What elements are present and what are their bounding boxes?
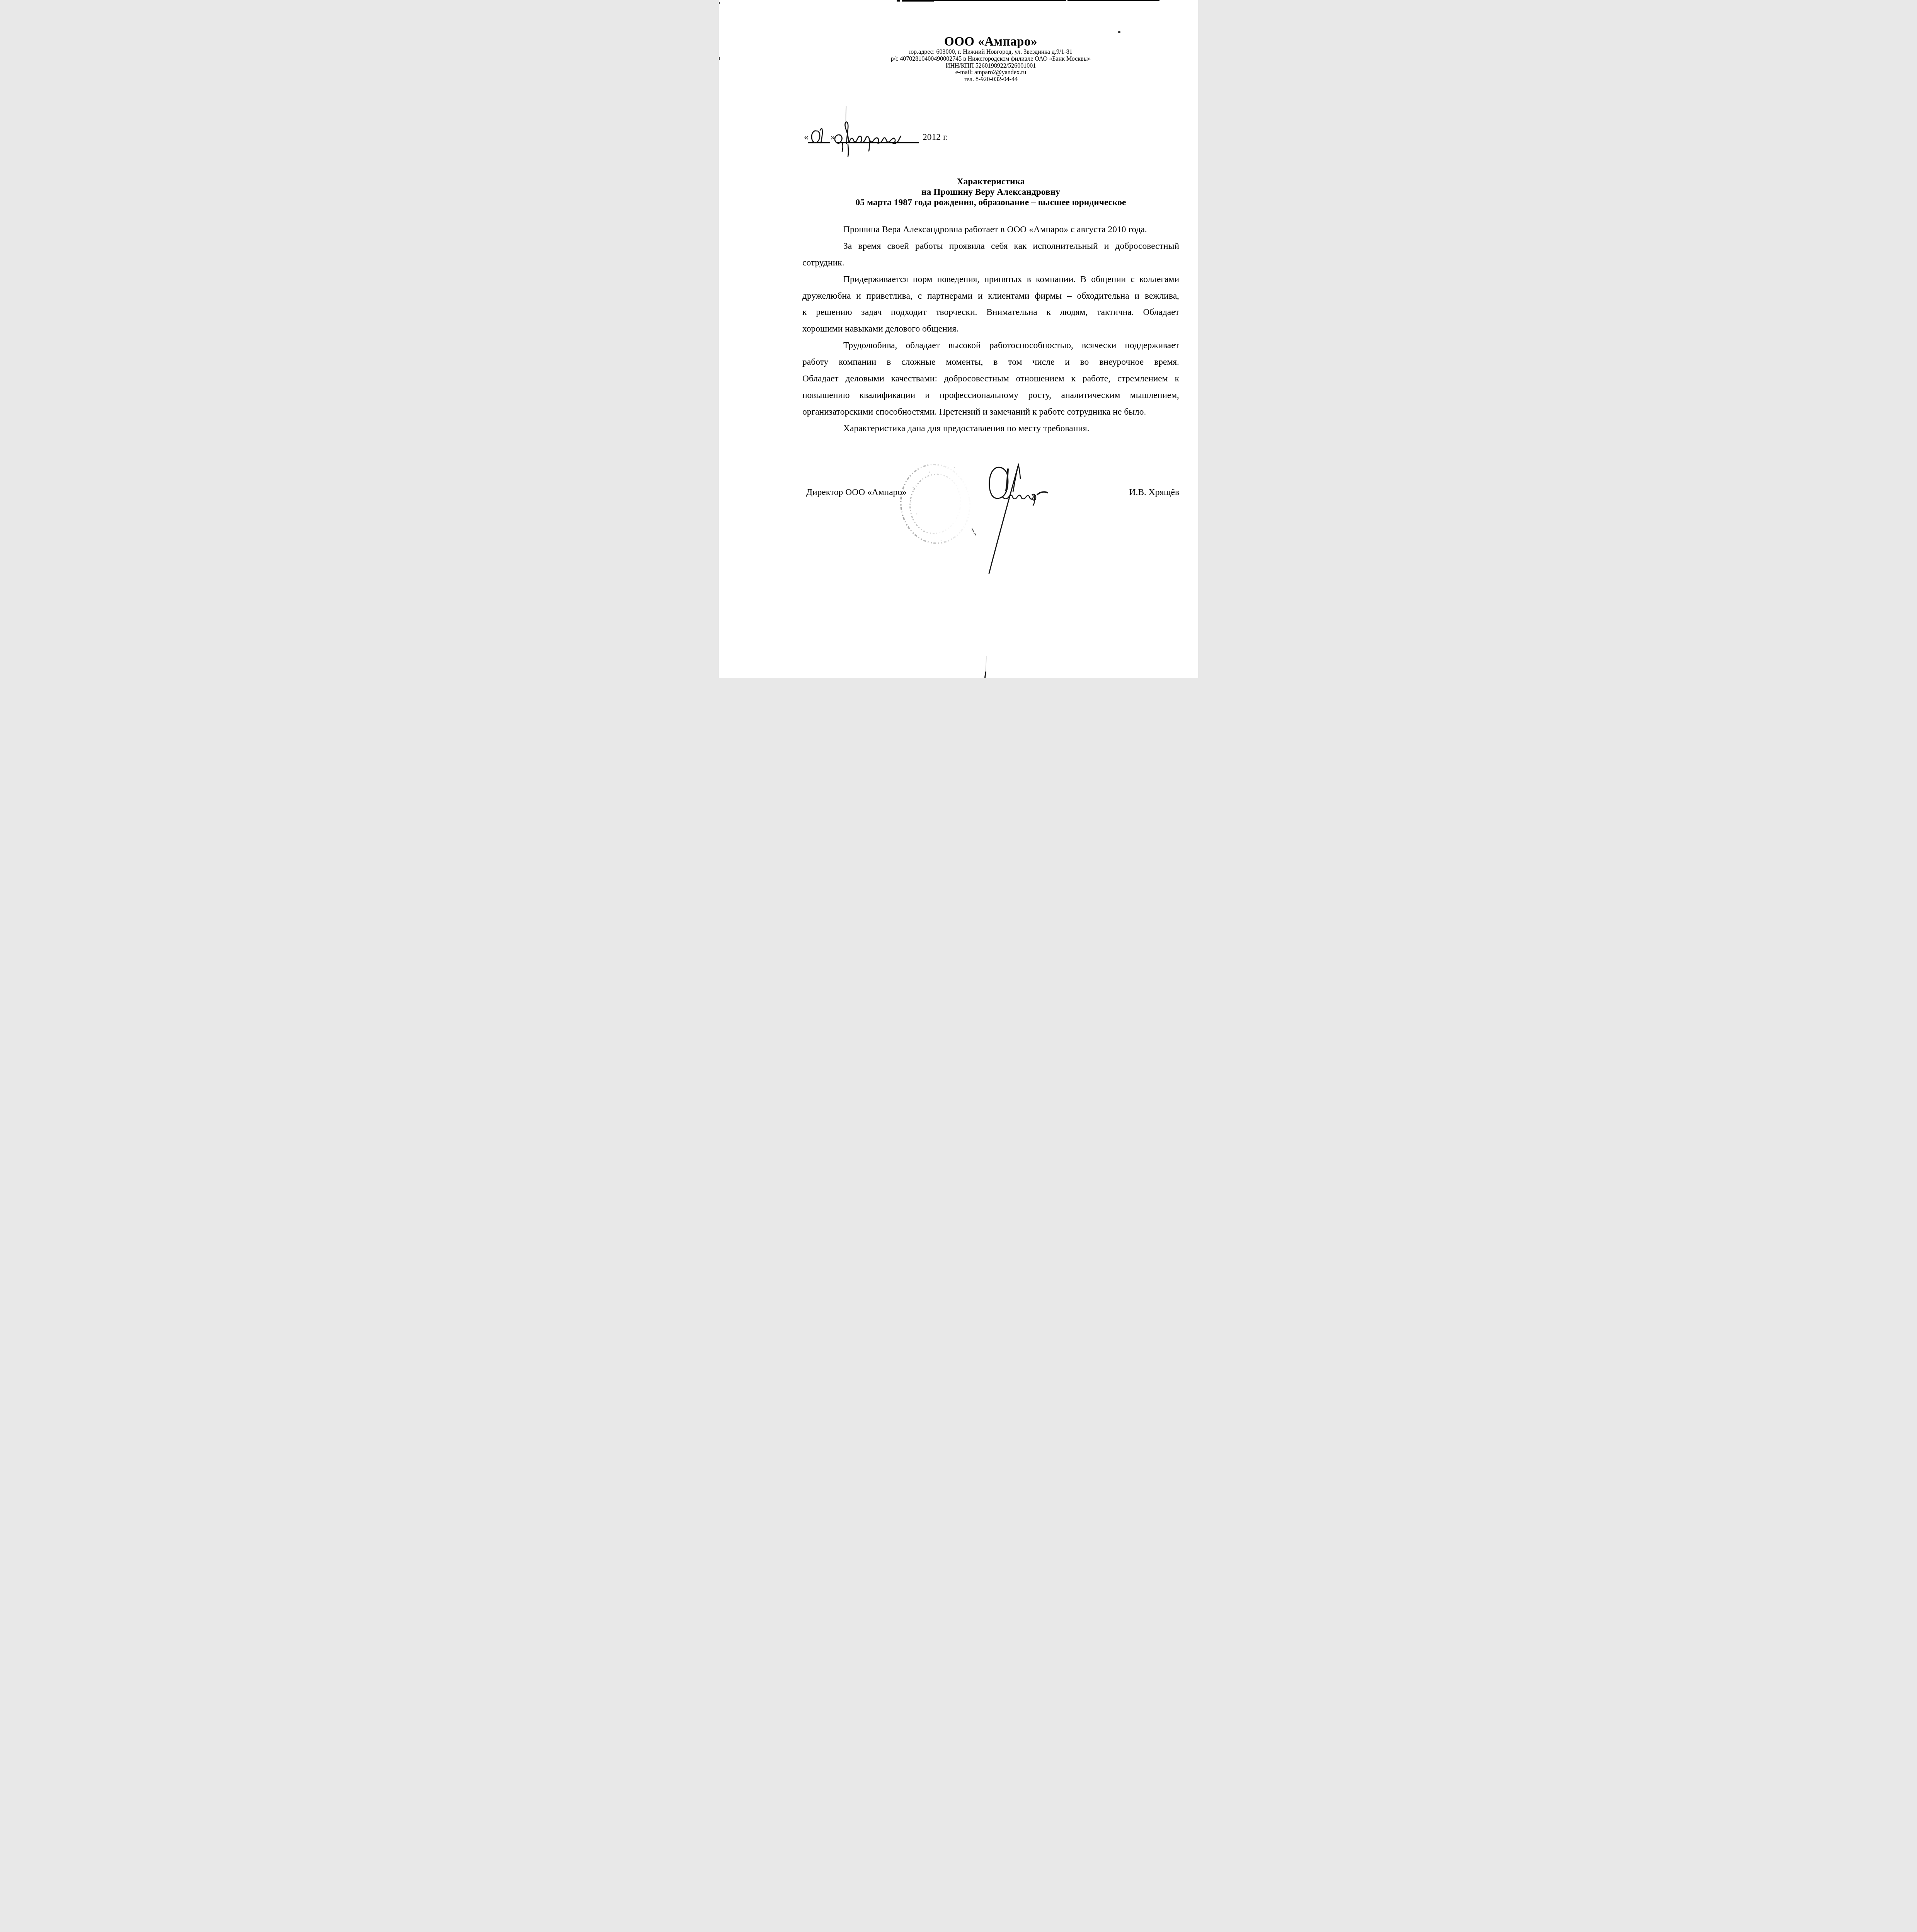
company-name: ООО «Ампаро» — [802, 35, 1179, 49]
signature-name: И.В. Хрящёв — [1129, 487, 1179, 498]
company-address-line: ИНН/КПП 5260198922/526001001 — [802, 63, 1179, 70]
company-address-line: e-mail: amparo2@yandex.ru — [802, 69, 1179, 76]
title-block: Характеристика на Прошину Веру Александр… — [802, 177, 1179, 207]
company-address-line: юр.адрес: 603000, г. Нижний Новгород, ул… — [802, 49, 1179, 56]
body-line: работу компании в сложные моменты, в том… — [802, 354, 1179, 371]
body-line: дружелюбна и приветлива, с партнерами и … — [802, 288, 1179, 304]
document-page: ООО «Ампаро» юр.адрес: 603000, г. Нижний… — [719, 0, 1198, 678]
company-header: ООО «Ампаро» юр.адрес: 603000, г. Нижний… — [802, 35, 1179, 83]
scan-artifact-top-bar — [934, 0, 995, 1]
scan-speck — [984, 672, 986, 678]
scan-artifact-top-bar — [1067, 0, 1129, 1]
body-line: организаторскими способностями. Претензи… — [802, 404, 1179, 420]
scan-artifact-top-bar — [897, 0, 900, 2]
body-paragraph: Трудолюбива, обладает высокой работоспос… — [802, 337, 1179, 420]
date-month-blank — [836, 132, 919, 143]
body-line: Характеристика дана для предоставления п… — [802, 420, 1179, 437]
scan-artifact-top-bar — [902, 0, 934, 2]
scan-artifact-top-bar — [994, 0, 1000, 1]
body-paragraph: Придерживается норм поведения, принятых … — [802, 271, 1179, 338]
scan-smudge — [985, 656, 987, 672]
document-title: Характеристика — [802, 177, 1179, 187]
handwritten-day-text: 01 — [719, 0, 719, 0]
scan-speck — [719, 57, 720, 60]
body-line: За время своей работы проявила себя как … — [802, 238, 1179, 255]
date-open-quote: « — [804, 132, 809, 143]
scan-speck — [719, 2, 720, 4]
body-line: Придерживается норм поведения, принятых … — [802, 271, 1179, 288]
company-address-line: р/с 40702810400490002745 в Нижегородском… — [802, 56, 1179, 63]
body-line: Обладает деловыми качествами: добросовес… — [802, 371, 1179, 387]
body-line: сотрудник. — [802, 255, 1179, 271]
document-body: Прошина Вера Александровна работает в ОО… — [802, 221, 1179, 437]
title-addressee: на Прошину Веру Александровну — [802, 187, 1179, 197]
scan-speck — [1118, 31, 1120, 33]
date-close-quote: » — [831, 132, 835, 143]
signature-role: Директор ООО «Ампаро» — [806, 487, 907, 498]
date-year: 2012 г. — [923, 132, 948, 143]
body-line: хорошими навыками делового общения. — [802, 321, 1179, 337]
company-stamp — [896, 460, 975, 548]
body-paragraph: Прошина Вера Александровна работает в ОО… — [802, 221, 1179, 238]
date-day-blank — [808, 132, 830, 143]
body-line: Прошина Вера Александровна работает в ОО… — [802, 221, 1179, 238]
body-line: повышению квалификации и профессионально… — [802, 387, 1179, 404]
director-signature — [972, 465, 1047, 573]
scan-smudge — [845, 106, 847, 124]
body-line: Трудолюбива, обладает высокой работоспос… — [802, 337, 1179, 354]
scan-artifact-top-bar — [1129, 0, 1159, 1]
body-line: к решению задач подходит творчески. Вним… — [802, 304, 1179, 321]
handwritten-month-text: февраля — [719, 0, 719, 0]
body-paragraph: Характеристика дана для предоставления п… — [802, 420, 1179, 437]
title-birth-education: 05 марта 1987 года рождения, образование… — [802, 197, 1179, 208]
company-address-line: тел. 8-920-032-04-44 — [802, 76, 1179, 83]
scan-artifact-top-bar — [1000, 0, 1066, 1]
body-paragraph: За время своей работы проявила себя как … — [802, 238, 1179, 271]
